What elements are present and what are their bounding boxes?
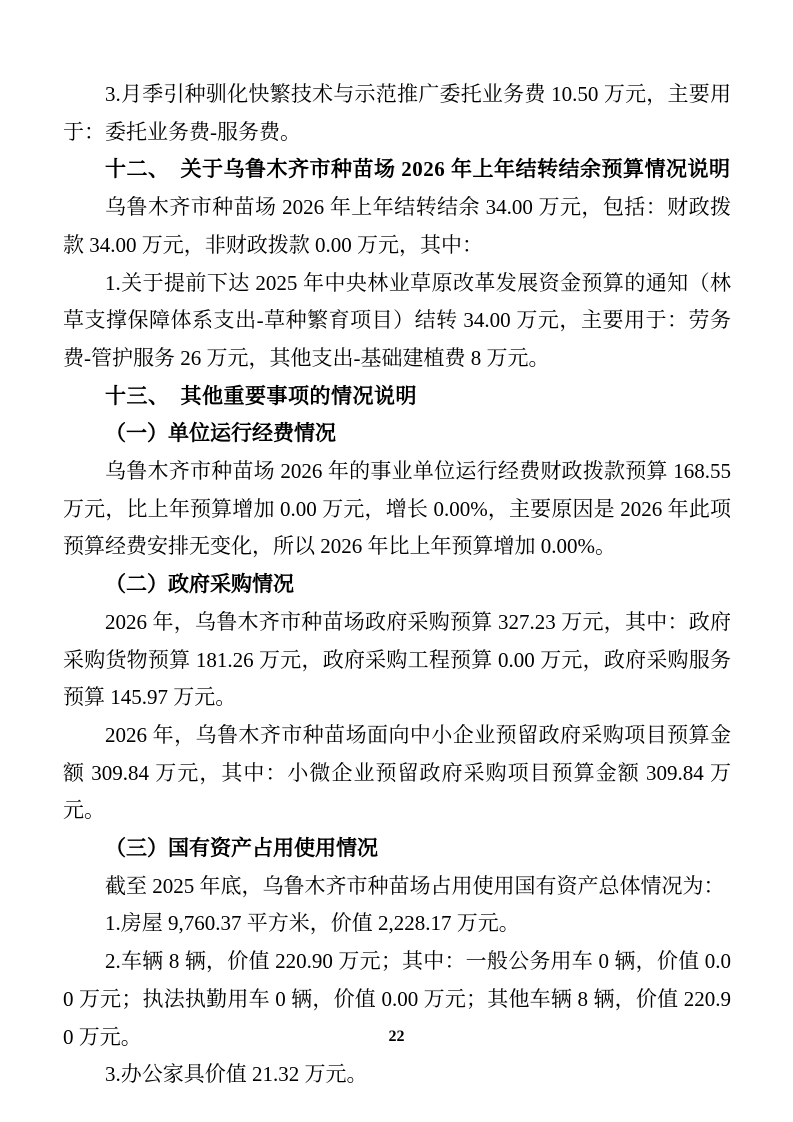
paragraph-procurement-sme-reserve: 2026 年，乌鲁木齐市种苗场面向中小企业预留政府采购项目预算金额 309.84… <box>63 717 731 830</box>
paragraph-assets-overview: 截至 2025 年底，乌鲁木齐市种苗场占用使用国有资产总体情况为： <box>63 868 731 906</box>
paragraph-carryover-item-1: 1.关于提前下达 2025 年中央林业草原改革发展资金预算的通知（林草支撑保障体… <box>63 265 731 378</box>
section-heading-13-other-important-matters: 十三、 其他重要事项的情况说明 <box>63 378 731 416</box>
subsection-heading-3-state-assets: （三）国有资产占用使用情况 <box>63 830 731 868</box>
paragraph-procurement-budget: 2026 年，乌鲁木齐市种苗场政府采购预算 327.23 万元，其中：政府采购货… <box>63 604 731 717</box>
paragraph-assets-furniture: 3.办公家具价值 21.32 万元。 <box>63 1056 731 1094</box>
document-body: 3.月季引种驯化快繁技术与示范推广委托业务费 10.50 万元，主要用于：委托业… <box>63 76 731 1094</box>
paragraph-carryover-total: 乌鲁木齐市种苗场 2026 年上年结转结余 34.00 万元，包括：财政拨款 3… <box>63 189 731 264</box>
subsection-heading-2-government-procurement: （二）政府采购情况 <box>63 566 731 604</box>
paragraph-delegated-fee: 3.月季引种驯化快繁技术与示范推广委托业务费 10.50 万元，主要用于：委托业… <box>63 76 731 151</box>
section-heading-12-carryover-budget: 十二、 关于乌鲁木齐市种苗场 2026 年上年结转结余预算情况说明 <box>63 151 731 189</box>
paragraph-operating-expenses: 乌鲁木齐市种苗场 2026 年的事业单位运行经费财政拨款预算 168.55 万元… <box>63 453 731 566</box>
subsection-heading-1-operating-expenses: （一）单位运行经费情况 <box>63 415 731 453</box>
document-page: 3.月季引种驯化快繁技术与示范推广委托业务费 10.50 万元，主要用于：委托业… <box>0 0 793 1122</box>
paragraph-assets-buildings: 1.房屋 9,760.37 平方米，价值 2,228.17 万元。 <box>63 905 731 943</box>
page-number: 22 <box>0 1028 793 1046</box>
